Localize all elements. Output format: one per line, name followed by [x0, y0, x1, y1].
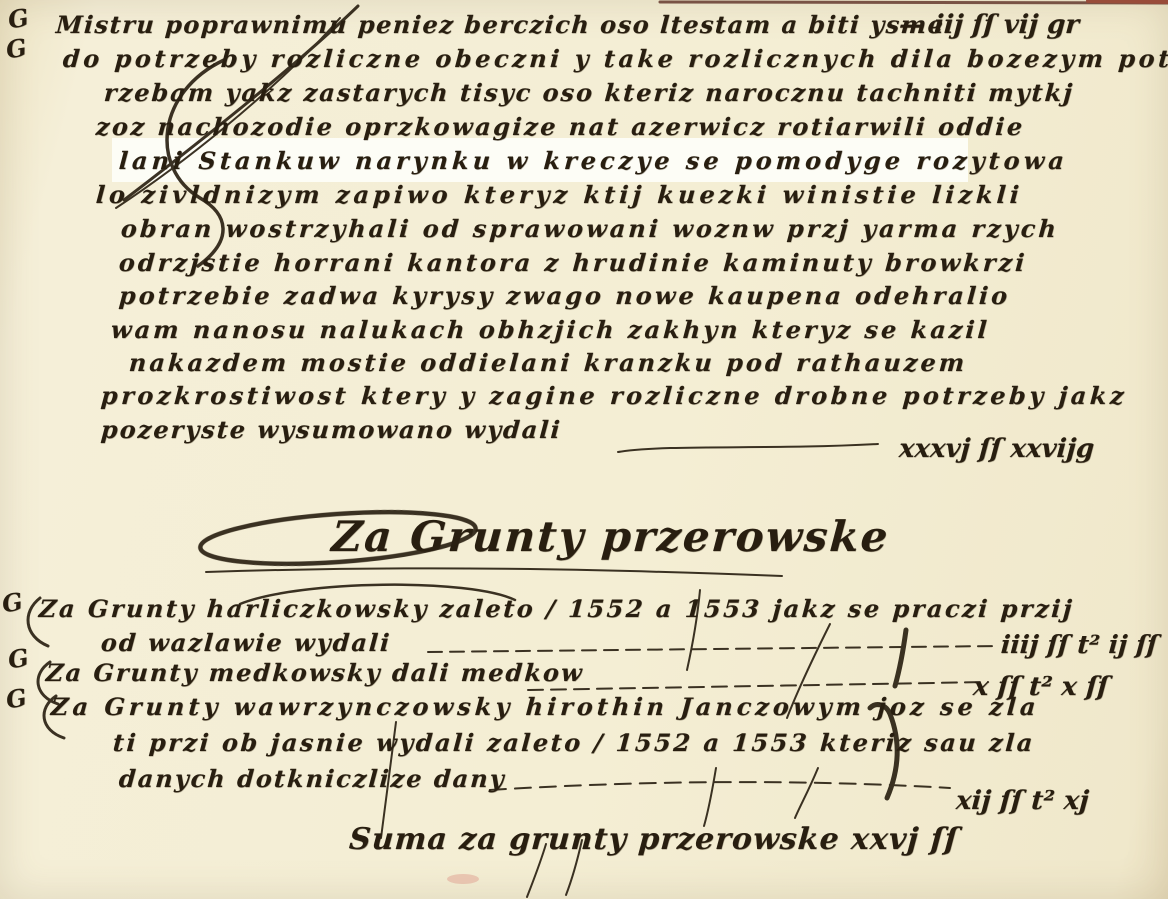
manuscript-line: lo zivldnizym zapiwo kteryz ktij kuezki … — [95, 180, 1024, 209]
manuscript-line: obran wostrzyhali od sprawowani woznw pr… — [120, 214, 1060, 243]
fill-dash-rule — [528, 682, 988, 690]
fill-dash-rule — [618, 444, 878, 452]
entry-line: Za Grunty harliczkowsky zaleto / 1552 a … — [38, 594, 1075, 623]
margin-mark: G — [4, 32, 29, 64]
fill-dash-rule — [490, 782, 950, 790]
scan-edge-red-tick — [1088, 1, 1168, 2]
amount-paragraph-total: xxxvj ſſ xxvijg — [898, 434, 1095, 464]
pen-descender — [795, 768, 818, 818]
margin-mark: G — [6, 642, 31, 674]
margin-mark: G — [0, 586, 25, 618]
entry-line: Za Grunty medkowsky dali medkow — [45, 658, 585, 687]
sum-line: Suma za grunty przerowske xxvj ſſ — [348, 822, 960, 857]
margin-mark: G — [6, 2, 31, 34]
manuscript-line: zoz nachozodie oprzkowagize nat azerwicz… — [95, 112, 1026, 141]
entry-line: danych dotkniczlize dany — [118, 764, 507, 793]
manuscript-page: G G G G G Mistru poprawnimu peniez bercz… — [0, 0, 1168, 899]
manuscript-line: do potrzeby rozliczne obeczni y take roz… — [62, 44, 1168, 73]
manuscript-line: odrzjstie horrani kantora z hrudinie kam… — [118, 248, 1028, 277]
entry-line: od wazlawie wydali — [100, 628, 392, 657]
manuscript-line: rzebam yakz zastarych tisyc oso kteriz n… — [103, 78, 1075, 107]
entry-line: Za Grunty wawrzynczowsky hirothin Janczo… — [50, 692, 1041, 721]
entry-line: ti przi ob jasnie wydali zaleto / 1552 a… — [112, 728, 1036, 757]
margin-mark: G — [4, 682, 29, 714]
manuscript-line-highlighted: lani Stankuw narynku w kreczye se pomody… — [118, 146, 1069, 175]
entry-amount: xij ſſ t² xj — [955, 786, 1090, 816]
heading-underline — [206, 568, 782, 576]
amount-line1: — iij ſſ vij gr — [898, 10, 1080, 40]
manuscript-line: potrzebie zadwa kyrysy zwago nowe kaupen… — [118, 281, 1011, 310]
manuscript-line: prozkrostiwost ktery y zagine rozliczne … — [100, 381, 1128, 410]
manuscript-line: Mistru poprawnimu peniez berczich oso lt… — [55, 10, 946, 39]
scan-edge-line — [660, 2, 1168, 3]
ink-smudge — [447, 874, 479, 884]
pen-descender-bold — [895, 630, 906, 686]
manuscript-line: pozeryste wysumowano wydali — [100, 415, 563, 444]
pen-descender — [704, 768, 716, 826]
fill-dash-rule — [428, 646, 998, 652]
manuscript-line: wam nanosu nalukach obhzjich zakhyn kter… — [110, 315, 991, 344]
manuscript-line: nakazdem mostie oddielani kranzku pod ra… — [128, 348, 968, 377]
entry-amount: iiij ſſ t² ij ſſ — [1000, 630, 1158, 659]
section-heading: Za Grunty przerowske — [330, 512, 891, 561]
